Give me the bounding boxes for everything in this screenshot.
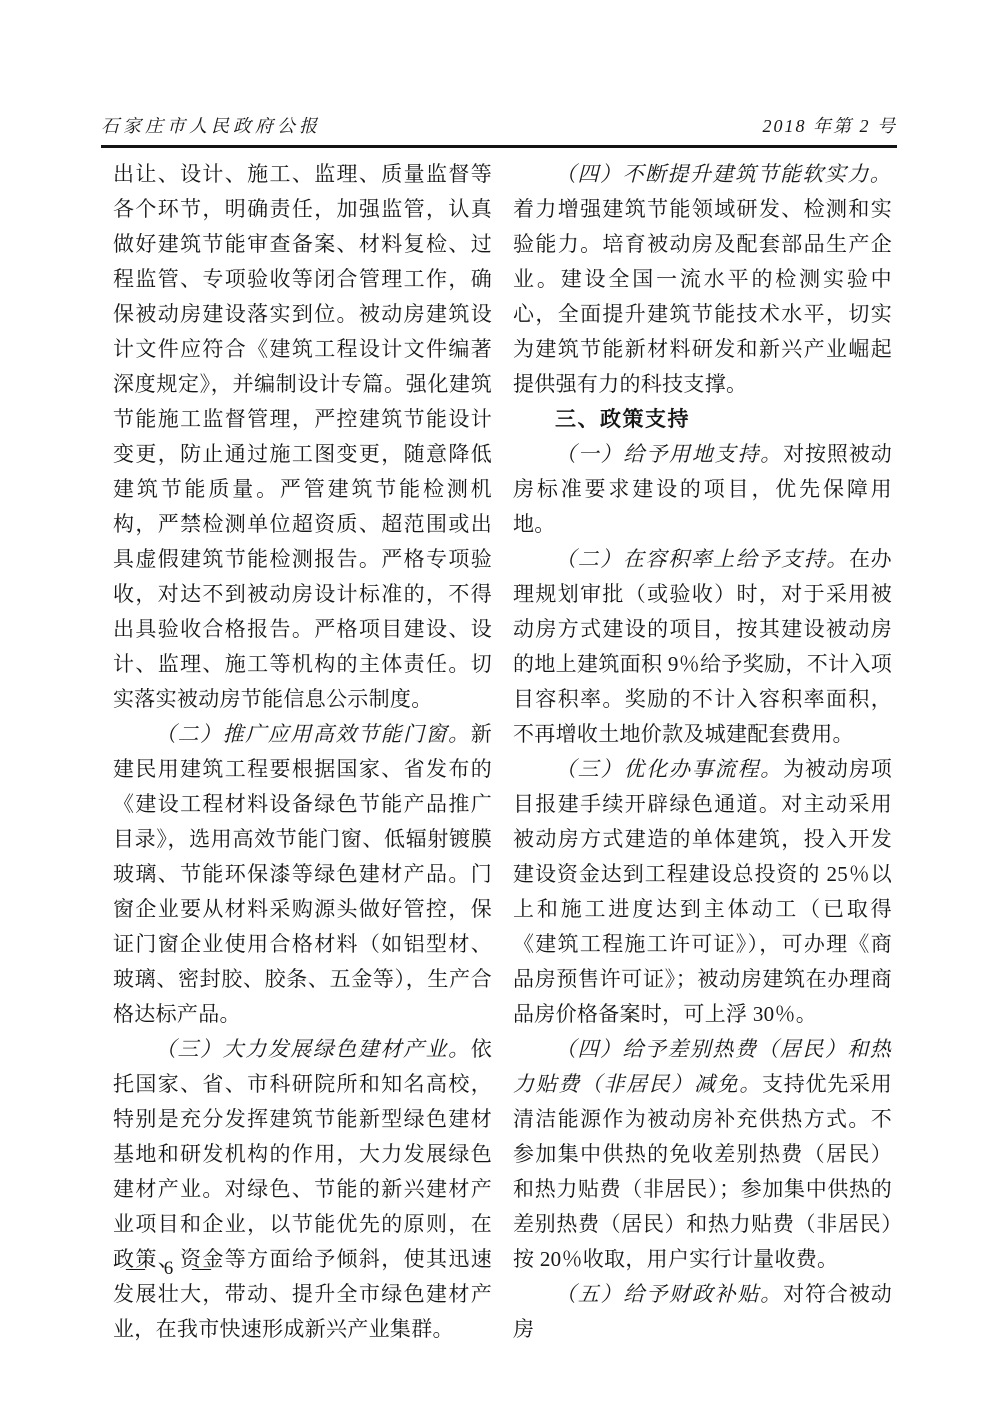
paragraph-text: 在办理规划审批（或验收）时，对于采用被动房方式建设的项目，按其建设被动房的地上建… bbox=[513, 547, 892, 746]
paragraph-text: 着力增强建筑节能领域研发、检测和实验能力。培育被动房及配套部品生产企业。建设全国… bbox=[513, 197, 892, 396]
two-column-body: 出让、设计、施工、监理、质量监督等各个环节，明确责任，加强监管，认真做好建筑节能… bbox=[113, 157, 892, 1347]
journal-title: 石家庄市人民政府公报 bbox=[101, 112, 321, 138]
issue-number: 2018 年第 2 号 bbox=[763, 112, 898, 138]
body-paragraph: （五）给予财政补贴。对符合被动房 bbox=[513, 1277, 892, 1347]
left-column: 出让、设计、施工、监理、质量监督等各个环节，明确责任，加强监管，认真做好建筑节能… bbox=[113, 157, 492, 1347]
body-paragraph: （二）在容积率上给予支持。在办理规划审批（或验收）时，对于采用被动房方式建设的项… bbox=[513, 542, 892, 752]
paragraph-lead: （二）推广应用高效节能门窗。 bbox=[155, 722, 471, 746]
paragraph-text: 为被动房项目报建手续开辟绿色通道。对主动采用被动房方式建造的单体建筑，投入开发建… bbox=[513, 757, 892, 1026]
paragraph-text: 支持优先采用清洁能源作为被动房补充供热方式。不参加集中供热的免收差别热费（居民）… bbox=[513, 1072, 892, 1271]
paragraph-lead: （四）不断提升建筑节能软实力。 bbox=[555, 162, 892, 186]
body-paragraph: （四）不断提升建筑节能软实力。着力增强建筑节能领域研发、检测和实验能力。培育被动… bbox=[513, 157, 892, 402]
section-heading: 三、政策支持 bbox=[513, 402, 892, 437]
body-paragraph: （三）大力发展绿色建材产业。依托国家、省、市科研院所和知名高校，特别是充分发挥建… bbox=[113, 1032, 492, 1347]
paragraph-lead: （二）在容积率上给予支持。 bbox=[555, 547, 849, 571]
body-paragraph: （二）推广应用高效节能门窗。新建民用建筑工程要根据国家、省发布的《建设工程材料设… bbox=[113, 717, 492, 1032]
paragraph-lead: （五）给予财政补贴。 bbox=[555, 1282, 783, 1306]
paragraph-text: 出让、设计、施工、监理、质量监督等各个环节，明确责任，加强监管，认真做好建筑节能… bbox=[113, 162, 492, 711]
body-paragraph: （三）优化办事流程。为被动房项目报建手续开辟绿色通道。对主动采用被动房方式建造的… bbox=[513, 752, 892, 1032]
right-column: （四）不断提升建筑节能软实力。着力增强建筑节能领域研发、检测和实验能力。培育被动… bbox=[513, 157, 892, 1347]
body-paragraph: （四）给予差别热费（居民）和热力贴费（非居民）减免。支持优先采用清洁能源作为被动… bbox=[513, 1032, 892, 1277]
page-number: — 6 — bbox=[126, 1258, 213, 1280]
paragraph-text: 依托国家、省、市科研院所和知名高校，特别是充分发挥建筑节能新型绿色建材基地和研发… bbox=[113, 1037, 492, 1341]
paragraph-lead: （三）大力发展绿色建材产业。 bbox=[155, 1037, 471, 1061]
paragraph-text: 新建民用建筑工程要根据国家、省发布的《建设工程材料设备绿色节能产品推广目录》，选… bbox=[113, 722, 492, 1026]
paragraph-lead: （三）优化办事流程。 bbox=[555, 757, 783, 781]
page-header: 石家庄市人民政府公报 2018 年第 2 号 bbox=[101, 104, 897, 148]
body-paragraph: 出让、设计、施工、监理、质量监督等各个环节，明确责任，加强监管，认真做好建筑节能… bbox=[113, 157, 492, 717]
body-paragraph: （一）给予用地支持。对按照被动房标准要求建设的项目，优先保障用地。 bbox=[513, 437, 892, 542]
gazette-page: 石家庄市人民政府公报 2018 年第 2 号 出让、设计、施工、监理、质量监督等… bbox=[0, 0, 1000, 1414]
paragraph-lead: （一）给予用地支持。 bbox=[555, 442, 783, 466]
